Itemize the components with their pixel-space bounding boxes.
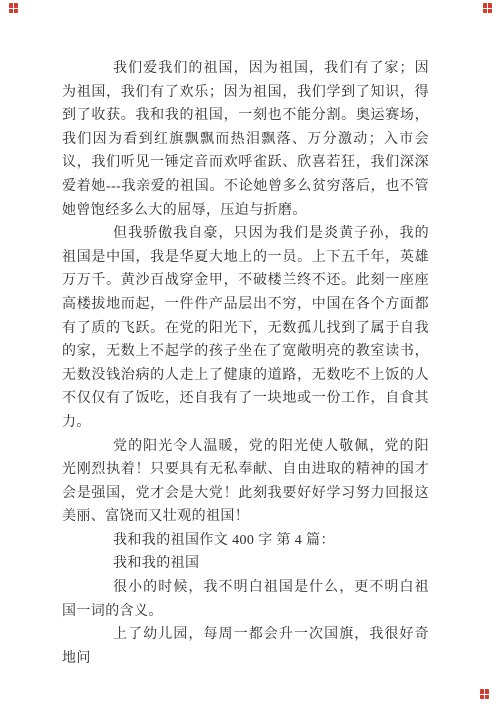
- document-page: 我们爱我们的祖国，因为祖国，我们有了家；因为祖国，我们有了欢乐；因为祖国，我们学…: [0, 0, 500, 707]
- paragraph: 很小的时候，我不明白祖国是什么，更不明白祖国一词的含义。: [62, 576, 429, 623]
- paragraph: 但我骄傲我自豪，只因为我们是炎黄子孙，我的祖国是中国，我是华夏大地上的一员。上下…: [62, 222, 429, 434]
- paragraph: 我们爱我们的祖国，因为祖国，我们有了家；因为祖国，我们有了欢乐；因为祖国，我们学…: [62, 57, 429, 222]
- paragraph: 我和我的祖国: [62, 552, 429, 576]
- paragraph: 我和我的祖国作文 400 字 第 4 篇：: [62, 529, 429, 553]
- paragraph: 上了幼儿园，每周一都会升一次国旗，我很好奇地问: [62, 623, 429, 670]
- watermark-seal-top-right: [483, 3, 492, 13]
- watermark-seal-top-left: [9, 3, 18, 13]
- paragraph: 党的阳光令人温暖，党的阳光使人敬佩，党的阳光刚烈执着！只要具有无私奉献、自由进取…: [62, 435, 429, 529]
- watermark-seal-bottom-right: [480, 689, 489, 699]
- essay-body: 我们爱我们的祖国，因为祖国，我们有了家；因为祖国，我们有了欢乐；因为祖国，我们学…: [62, 57, 429, 670]
